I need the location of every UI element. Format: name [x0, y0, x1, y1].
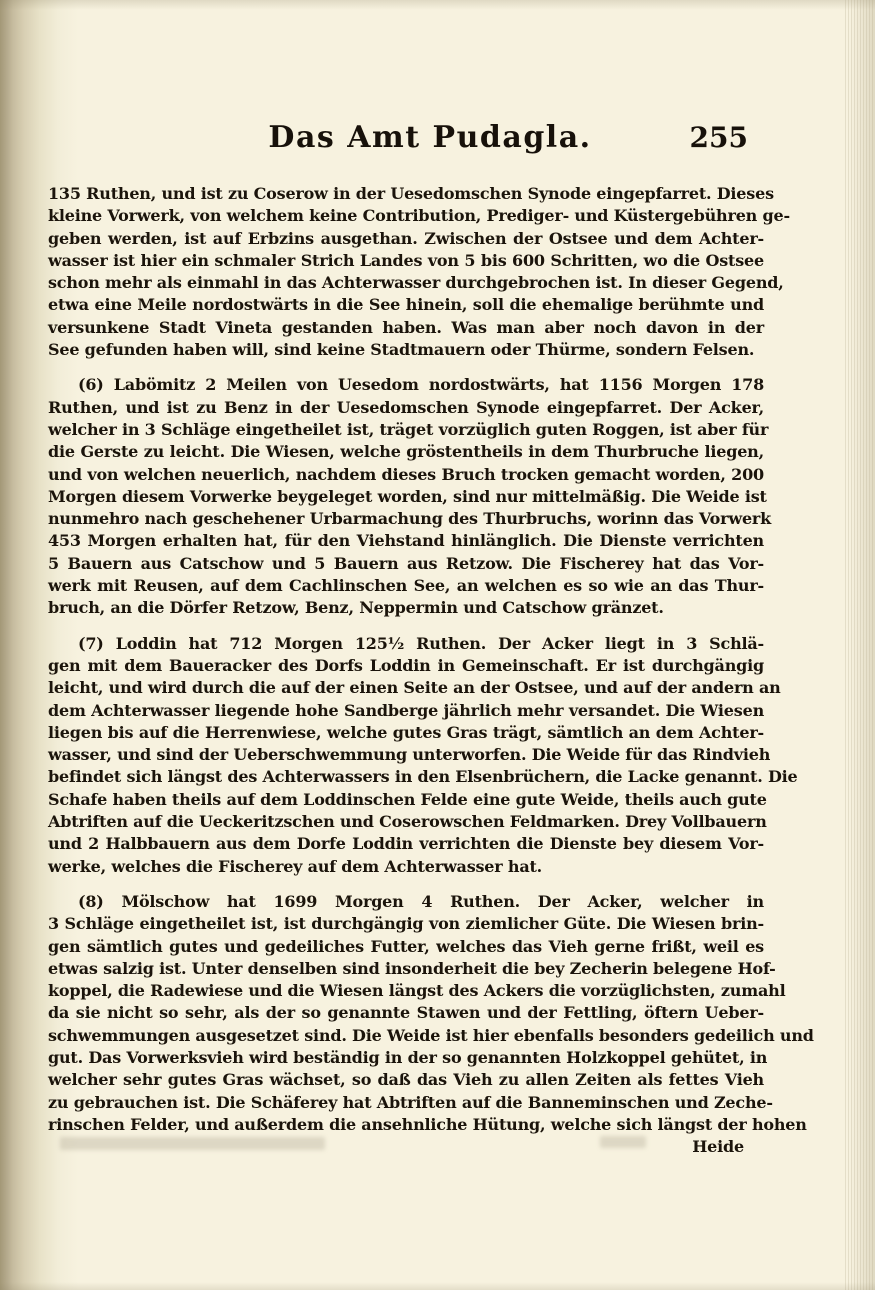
text-line: liegen bis auf die Herrenwiese, welche g… [48, 722, 764, 744]
text-line: kleine Vorwerk, von welchem keine Contri… [48, 205, 764, 227]
text-line: bruch, an die Dörfer Retzow, Benz, Neppe… [48, 597, 764, 619]
text-line: gut. Das Vorwerksvieh wird beständig in … [48, 1047, 764, 1069]
text-line: 135 Ruthen, und ist zu Coserow in der Ue… [48, 183, 764, 205]
paragraph-continuation: 135 Ruthen, und ist zu Coserow in der Ue… [48, 183, 764, 361]
text-line: (6) Labömitz 2 Meilen von Uesedom nordos… [48, 374, 764, 396]
text-line: 453 Morgen erhalten hat, für den Viehsta… [48, 530, 764, 552]
text-line: See gefunden haben will, sind keine Stad… [48, 339, 764, 361]
page-edge-striations [845, 0, 875, 1290]
paragraph-mölschow: (8) Mölschow hat 1699 Morgen 4 Ruthen. D… [48, 891, 764, 1159]
scanned-book-page: Das Amt Pudagla. 255 135 Ruthen, und ist… [0, 0, 875, 1290]
text-line: gen mit dem Baueracker des Dorfs Loddin … [48, 655, 764, 677]
paragraph-labömitz: (6) Labömitz 2 Meilen von Uesedom nordos… [48, 374, 764, 619]
text-line: Morgen diesem Vorwerke beygeleget worden… [48, 486, 764, 508]
text-line: etwa eine Meile nordostwärts in die See … [48, 294, 764, 316]
text-line: die Gerste zu leicht. Die Wiesen, welche… [48, 441, 764, 463]
text-line: geben werden, ist auf Erbzins ausgethan.… [48, 228, 764, 250]
text-line: befindet sich längst des Achterwassers i… [48, 766, 764, 788]
text-line: 3 Schläge eingetheilet ist, ist durchgän… [48, 913, 764, 935]
text-line: 5 Bauern aus Catschow und 5 Bauern aus R… [48, 553, 764, 575]
text-line: schwemmungen ausgesetzet sind. Die Weide… [48, 1025, 764, 1047]
text-line: (7) Loddin hat 712 Morgen 125½ Ruthen. D… [48, 633, 764, 655]
text-line: leicht, und wird durch die auf der einen… [48, 677, 764, 699]
text-line: werke, welches die Fischerey auf dem Ach… [48, 856, 764, 878]
page-header: Das Amt Pudagla. 255 [48, 120, 764, 162]
text-line: welcher in 3 Schläge eingetheilet ist, t… [48, 419, 764, 441]
text-line: gen sämtlich gutes und gedeiliches Futte… [48, 936, 764, 958]
text-line: (8) Mölschow hat 1699 Morgen 4 Ruthen. D… [48, 891, 764, 913]
text-line: Ruthen, und ist zu Benz in der Uesedomsc… [48, 397, 764, 419]
text-line: dem Achterwasser liegende hohe Sandberge… [48, 700, 764, 722]
text-line: etwas salzig ist. Unter denselben sind i… [48, 958, 764, 980]
paragraph-loddin: (7) Loddin hat 712 Morgen 125½ Ruthen. D… [48, 633, 764, 878]
text-line: rinschen Felder, und außerdem die ansehn… [48, 1114, 764, 1136]
text-line: wasser ist hier ein schmaler Strich Land… [48, 250, 764, 272]
text-line: versunkene Stadt Vineta gestanden haben.… [48, 317, 764, 339]
text-line: und von welchen neuerlich, nachdem diese… [48, 464, 764, 486]
text-line: Schafe haben theils auf dem Loddinschen … [48, 789, 764, 811]
text-line: zu gebrauchen ist. Die Schäferey hat Abt… [48, 1092, 764, 1114]
text-line: nunmehro nach geschehener Urbarmachung d… [48, 508, 764, 530]
text-line: schon mehr als einmahl in das Achterwass… [48, 272, 764, 294]
page-number: 255 [690, 121, 748, 154]
text-line: wasser, und sind der Ueberschwemmung unt… [48, 744, 764, 766]
text-line: welcher sehr gutes Gras wächset, so daß … [48, 1069, 764, 1091]
text-line: werk mit Reusen, auf dem Cachlinschen Se… [48, 575, 764, 597]
bottom-edge-shadow [0, 1282, 875, 1290]
running-title: Das Amt Pudagla. [268, 120, 591, 155]
text-line: Abtriften auf die Ueckeritzschen und Cos… [48, 811, 764, 833]
text-line: und 2 Halbbauern aus dem Dorfe Loddin ve… [48, 833, 764, 855]
text-line: koppel, die Radewiese und die Wiesen län… [48, 980, 764, 1002]
body-text: 135 Ruthen, und ist zu Coserow in der Ue… [48, 183, 764, 1158]
top-edge-shadow [0, 0, 875, 10]
catchword: Heide [48, 1136, 764, 1158]
text-line: da sie nicht so sehr, als der so genannt… [48, 1002, 764, 1024]
